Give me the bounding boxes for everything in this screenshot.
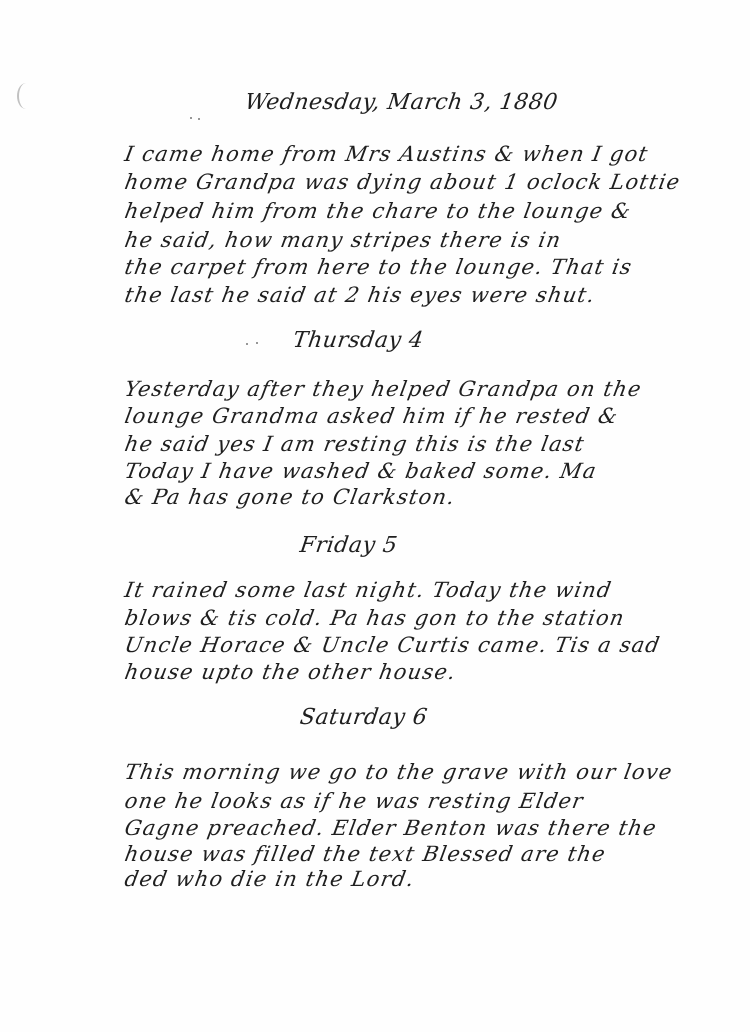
scan-speck xyxy=(190,117,192,119)
entry-line: the carpet from here to the lounge. That… xyxy=(123,255,634,279)
entry-line: home Grandpa was dying about 1 oclock Lo… xyxy=(123,170,683,194)
entry-heading-friday: Friday 5 xyxy=(298,533,399,558)
entry-line: I came home from Mrs Austins & when I go… xyxy=(123,142,651,166)
scan-speck xyxy=(246,343,248,345)
scan-speck xyxy=(198,118,200,120)
entry-line: lounge Grandma asked him if he rested & xyxy=(123,404,621,428)
diary-page: Wednesday, March 3, 1880 I came home fro… xyxy=(0,0,750,1032)
entry-line: It rained some last night. Today the win… xyxy=(123,578,614,602)
entry-heading-wednesday: Wednesday, March 3, 1880 xyxy=(243,90,559,115)
entry-line: the last he said at 2 his eyes were shut… xyxy=(123,283,597,307)
entry-line: helped him from the chare to the lounge … xyxy=(123,199,633,223)
entry-line: Today I have washed & baked some. Ma xyxy=(123,459,599,483)
entry-line: Gagne preached. Elder Benton was there t… xyxy=(123,816,659,840)
entry-line: one he looks as if he was resting Elder xyxy=(123,789,586,813)
entry-heading-saturday: Saturday 6 xyxy=(298,705,429,730)
entry-line: This morning we go to the grave with our… xyxy=(123,760,675,784)
entry-line: blows & tis cold. Pa has gon to the stat… xyxy=(123,606,627,630)
entry-line: house upto the other house. xyxy=(123,660,458,684)
entry-heading-thursday: Thursday 4 xyxy=(291,328,425,353)
entry-line: & Pa has gone to Clarkston. xyxy=(123,485,457,509)
entry-line: Yesterday after they helped Grandpa on t… xyxy=(123,377,644,401)
entry-line: he said, how many stripes there is in xyxy=(123,228,564,252)
entry-line: ded who die in the Lord. xyxy=(123,867,417,891)
entry-line: Uncle Horace & Uncle Curtis came. Tis a … xyxy=(123,633,663,657)
entry-line: house was filled the text Blessed are th… xyxy=(123,842,608,866)
entry-line: he said yes I am resting this is the las… xyxy=(123,432,587,456)
punch-hole-mark xyxy=(17,83,35,109)
scan-speck xyxy=(256,342,258,344)
